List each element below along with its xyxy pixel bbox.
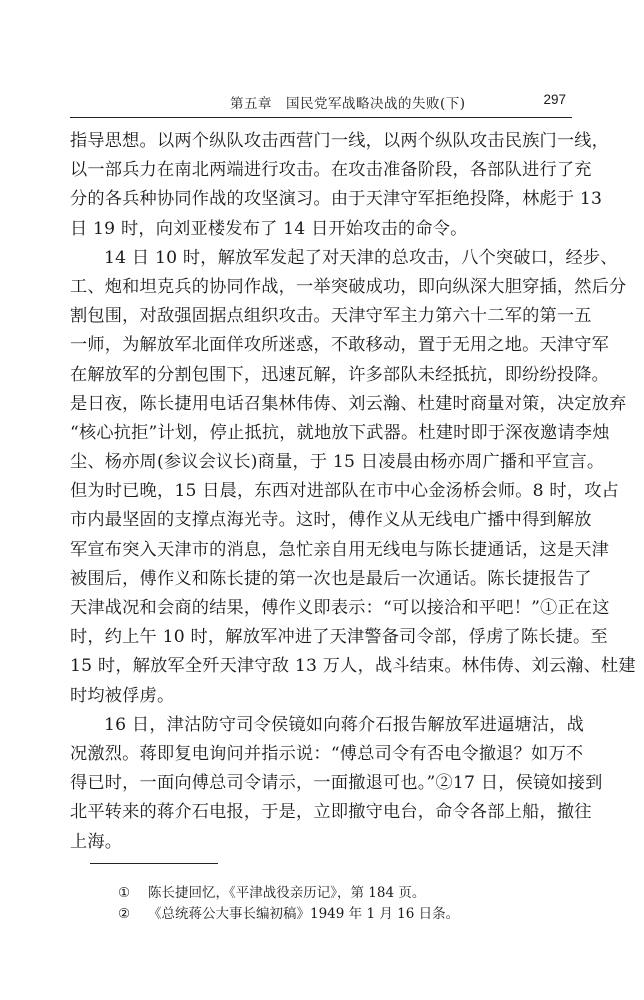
text-line: 是日夜，陈长捷用电话召集林伟俦、刘云瀚、杜建时商量对策，决定放弃 bbox=[70, 390, 572, 419]
text-line: 指导思想。以两个纵队攻击西营门一线，以两个纵队攻击民族门一线， bbox=[70, 127, 572, 156]
text-line: 14 日 10 时，解放军发起了对天津的总攻击，八个突破口，经步、 bbox=[70, 244, 572, 273]
footnote: ②《总统蒋公大事长编初稿》1949 年 1 月 16 日条。 bbox=[118, 904, 459, 925]
text-line: 16 日，津沽防守司令侯镜如向蒋介石报告解放军进逼塘沽，战 bbox=[70, 711, 572, 740]
text-line: 被围后，傅作义和陈长捷的第一次也是最后一次通话。陈长捷报告了 bbox=[70, 565, 572, 594]
footnote-text: 陈长捷回忆，《平津战役亲历记》，第 184 页。 bbox=[148, 885, 425, 901]
running-head: 第五章 国民党军战略决战的失败(下) 297 bbox=[70, 92, 572, 114]
footnote-mark: ② bbox=[118, 904, 148, 925]
text-line: 市内最坚固的支撑点海光寺。这时，傅作义从无线电广播中得到解放 bbox=[70, 506, 572, 535]
text-line: 分的各兵种协同作战的攻坚演习。由于天津守军拒绝投降，林彪于 13 bbox=[70, 185, 572, 214]
text-line: 在解放军的分割包围下，迅速瓦解，许多部队未经抵抗，即纷纷投降。 bbox=[70, 361, 572, 390]
text-line: 一师，为解放军北面佯攻所迷惑，不敢移动，置于无用之地。天津守军 bbox=[70, 331, 572, 360]
body-text: 指导思想。以两个纵队攻击西营门一线，以两个纵队攻击民族门一线，以一部兵力在南北两… bbox=[70, 127, 572, 857]
text-line: 得已时，一面向傅总司令请示，一面撤退可也。”②17 日，侯镜如接到 bbox=[70, 769, 572, 798]
text-line: 天津战况和会商的结果，傅作义即表示：“可以接洽和平吧！”①正在这 bbox=[70, 594, 572, 623]
text-line: 以一部兵力在南北两端进行攻击。在攻击准备阶段，各部队进行了充 bbox=[70, 156, 572, 185]
text-line: 时，约上午 10 时，解放军冲进了天津警备司令部，俘虏了陈长捷。至 bbox=[70, 623, 572, 652]
text-line: 但为时已晚，15 日晨，东西对进部队在市中心金汤桥会师。8 时，攻占 bbox=[70, 477, 572, 506]
text-line: 军宣布突入天津市的消息，急忙亲自用无线电与陈长捷通话，这是天津 bbox=[70, 536, 572, 565]
text-line: 尘、杨亦周(参议会议长)商量，于 15 日凌晨由杨亦周广播和平宣言。 bbox=[70, 448, 572, 477]
page-number: 297 bbox=[543, 92, 566, 107]
text-line: 时均被俘虏。 bbox=[70, 682, 572, 711]
footnotes: ①陈长捷回忆，《平津战役亲历记》，第 184 页。②《总统蒋公大事长编初稿》19… bbox=[118, 883, 459, 925]
footnote: ①陈长捷回忆，《平津战役亲历记》，第 184 页。 bbox=[118, 883, 459, 904]
text-line: 15 时，解放军全歼天津守敌 13 万人，战斗结束。林伟俦、刘云瀚、杜建 bbox=[70, 652, 572, 681]
text-line: 上海。 bbox=[70, 828, 572, 857]
text-line: “核心抗拒”计划，停止抵抗，就地放下武器。杜建时即于深夜邀请李烛 bbox=[70, 419, 572, 448]
chapter-title: 第五章 国民党军战略决战的失败(下) bbox=[230, 92, 466, 112]
text-line: 割包围，对敌强固据点组织攻击。天津守军主力第六十二军的第一五 bbox=[70, 302, 572, 331]
header-divider bbox=[70, 117, 572, 118]
footnote-divider bbox=[90, 863, 218, 864]
footnote-mark: ① bbox=[118, 883, 148, 904]
text-line: 况激烈。蒋即复电询问并指示说：“傅总司令有否电令撤退？如万不 bbox=[70, 740, 572, 769]
text-line: 日 19 时，向刘亚楼发布了 14 日开始攻击的命令。 bbox=[70, 215, 572, 244]
footnote-text: 《总统蒋公大事长编初稿》1949 年 1 月 16 日条。 bbox=[148, 906, 459, 922]
text-line: 北平转来的蒋介石电报，于是，立即撤守电台，命令各部上船，撤往 bbox=[70, 798, 572, 827]
text-line: 工、炮和坦克兵的协同作战，一举突破成功，即向纵深大胆穿插，然后分 bbox=[70, 273, 572, 302]
